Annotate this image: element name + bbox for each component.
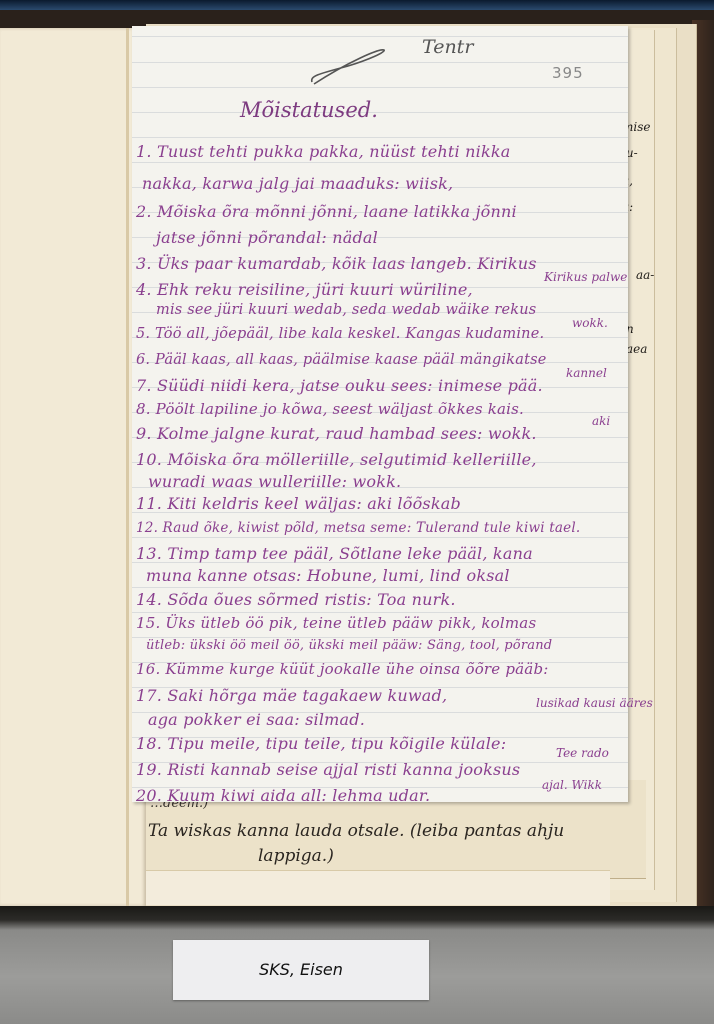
riddle-line: 9. Kolme jalgne kurat, raud hambad sees:… [136, 424, 537, 443]
scanner-edge [0, 0, 714, 10]
answer-annotation: kannel [566, 366, 607, 380]
answer-annotation: wokk. [572, 316, 608, 330]
margin-word: aea [626, 342, 647, 356]
riddle-line: 4. Ehk reku reisiline, jüri kuuri würili… [136, 280, 473, 299]
margin-word: aa- [636, 268, 654, 282]
riddle-line: 2. Mõiska õra mõnni jõnni, laane latikka… [136, 202, 517, 221]
page-number: 395 [552, 64, 584, 82]
riddle-line: 8. Pöölt lapiline jo kõwa, seest wäljast… [136, 400, 524, 418]
riddle-line: 11. Kiti keldris keel wäljas: aki lõõska… [136, 494, 461, 513]
answer-annotation: Kirikus palwe [544, 270, 627, 284]
riddle-line: jatse jõnni põrandal: nädal [156, 228, 378, 247]
riddle-line: 16. Kümme kurge küüt jookalle ühe oinsa … [136, 660, 549, 678]
riddle-line: aga pokker ei saa: silmad. [148, 710, 365, 729]
bottom-paper-strip [146, 870, 610, 905]
page-title: Mõistatused. [240, 98, 378, 122]
left-blank-page [0, 28, 146, 906]
answer-annotation: ajal. Wikk [542, 778, 602, 792]
riddle-line: 15. Üks ütleb öö pik, teine ütleb pääw p… [136, 614, 536, 632]
manuscript-sheet: Tentr 395 Mõistatused. 1. Tuust tehti pu… [132, 26, 628, 802]
riddle-line: 18. Tipu meile, tipu teile, tipu kõigile… [136, 734, 506, 753]
riddle-line: 1. Tuust tehti pukka pakka, nüüst tehti … [136, 142, 510, 161]
page-gutter [126, 28, 129, 906]
underlying-note-line-2: lappiga.) [258, 846, 334, 866]
riddle-line: 10. Mõiska õra mölleriille, selgutimid k… [136, 450, 537, 469]
archive-label: SKS, Eisen [173, 940, 429, 1000]
riddle-line: muna kanne otsas: Hobune, lumi, lind oks… [146, 566, 510, 585]
riddle-line: 7. Süüdi niidi kera, jatse ouku sees: in… [136, 376, 543, 395]
riddle-line: 3. Üks paar kumardab, kõik laas langeb. … [136, 254, 537, 273]
riddle-line: 5. Töö all, jõepääl, libe kala keskel. K… [136, 326, 544, 342]
pencil-checkmark-icon [308, 48, 388, 88]
answer-annotation: Tee rado [556, 746, 609, 760]
riddle-line: 20. Kuum kiwi aida all: lehma udar. [136, 786, 430, 805]
riddle-line: 17. Saki hõrga mäe tagakaew kuwad, [136, 686, 447, 705]
riddle-line: 12. Raud õke, kiwist põld, metsa seme: T… [136, 520, 580, 536]
archive-label-card: SKS, Eisen [173, 940, 429, 1000]
riddle-line: 6. Pääl kaas, all kaas, päälmise kaase p… [136, 352, 547, 368]
riddle-line: 13. Timp tamp tee pääl, Sõtlane leke pää… [136, 544, 533, 563]
riddle-line: wuradi waas wulleriille: wokk. [148, 472, 401, 491]
riddle-line: 14. Sõda õues sõrmed ristis: Toa nurk. [136, 590, 456, 609]
answer-annotation: aki [592, 414, 610, 428]
riddle-line: 19. Risti kannab seise ajjal risti kanna… [136, 760, 520, 779]
underlying-note-line-1: Ta wiskas kanna lauda otsale. (leiba pan… [148, 818, 648, 844]
author-annotation: Tentr [422, 36, 473, 58]
riddle-line: ütleb: ükski öö meil öö, ükski meil pääw… [146, 638, 552, 653]
riddle-line: mis see jüri kuuri wedab, seda wedab wäi… [156, 302, 536, 318]
answer-annotation: lusikad kausi ääres [536, 696, 653, 710]
riddle-line: nakka, karwa jalg jai maaduks: wiisk, [142, 174, 453, 193]
